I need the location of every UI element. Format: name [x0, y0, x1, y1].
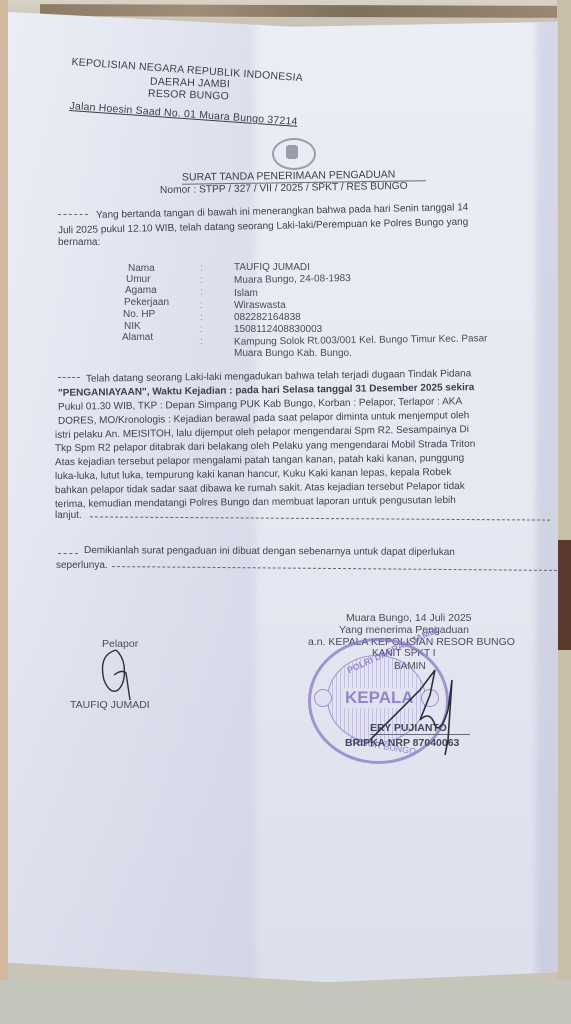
- reporter-name: TAUFIQ JUMADI: [70, 699, 150, 711]
- complaint-receipt-document: KEPOLISIAN NEGARA REPUBLIK INDONESIA DAE…: [0, 0, 571, 1024]
- identity-label-alamat: Alamat: [122, 332, 153, 343]
- filler-dash: [90, 516, 550, 520]
- emblem-core: [286, 145, 298, 159]
- closing-line-1: Demikianlah surat pengaduan ini dibuat d…: [84, 544, 455, 560]
- identity-value-no-hp: 082282164838: [234, 312, 301, 323]
- intro-line-3: bernama:: [58, 236, 100, 250]
- report-line: lanjut.: [55, 509, 82, 523]
- indent-dash: [58, 377, 80, 378]
- institution-address: Jalan Hoesin Saad No. 01 Muara Bungo 372…: [69, 100, 298, 128]
- identity-label-nama: Nama: [128, 263, 155, 274]
- indent-dash: [58, 214, 88, 215]
- identity-value-umur: Muara Bungo, 24-08-1983: [234, 273, 351, 286]
- report-line: terima, kemudian mendatangi Polres Bungo…: [55, 494, 456, 512]
- identity-label-umur: Umur: [126, 274, 150, 285]
- identity-label-nik: NIK: [124, 321, 141, 332]
- officer-signature: [360, 650, 470, 760]
- identity-label-agama: Agama: [125, 285, 157, 296]
- place-date: Muara Bungo, 14 Juli 2025: [346, 612, 472, 624]
- identity-label-no-hp: No. HP: [123, 309, 155, 320]
- identity-value-agama: Islam: [234, 288, 258, 299]
- identity-value-nik: 1508112408830003: [234, 324, 322, 335]
- filler-dash: [112, 566, 557, 571]
- identity-value-pekerjaan: Wiraswasta: [234, 300, 286, 311]
- indent-dash: [58, 553, 78, 554]
- receiver-caption: Yang menerima Pengaduan: [339, 624, 469, 636]
- stamp-emblem-left-icon: [314, 689, 332, 707]
- police-emblem-icon: [272, 138, 316, 170]
- identity-value-alamat: Kampung Solok Rt.003/001 Kel. Bungo Timu…: [234, 333, 488, 348]
- closing-line-2: seperlunya.: [56, 559, 108, 573]
- institution-unit: RESOR BUNGO: [148, 88, 229, 103]
- identity-label-pekerjaan: Pekerjaan: [124, 297, 169, 308]
- reporter-signature: [96, 645, 146, 705]
- identity-value-alamat-cont: Muara Bungo Kab. Bungo.: [234, 348, 352, 359]
- identity-value-nama: TAUFIQ JUMADI: [234, 262, 310, 273]
